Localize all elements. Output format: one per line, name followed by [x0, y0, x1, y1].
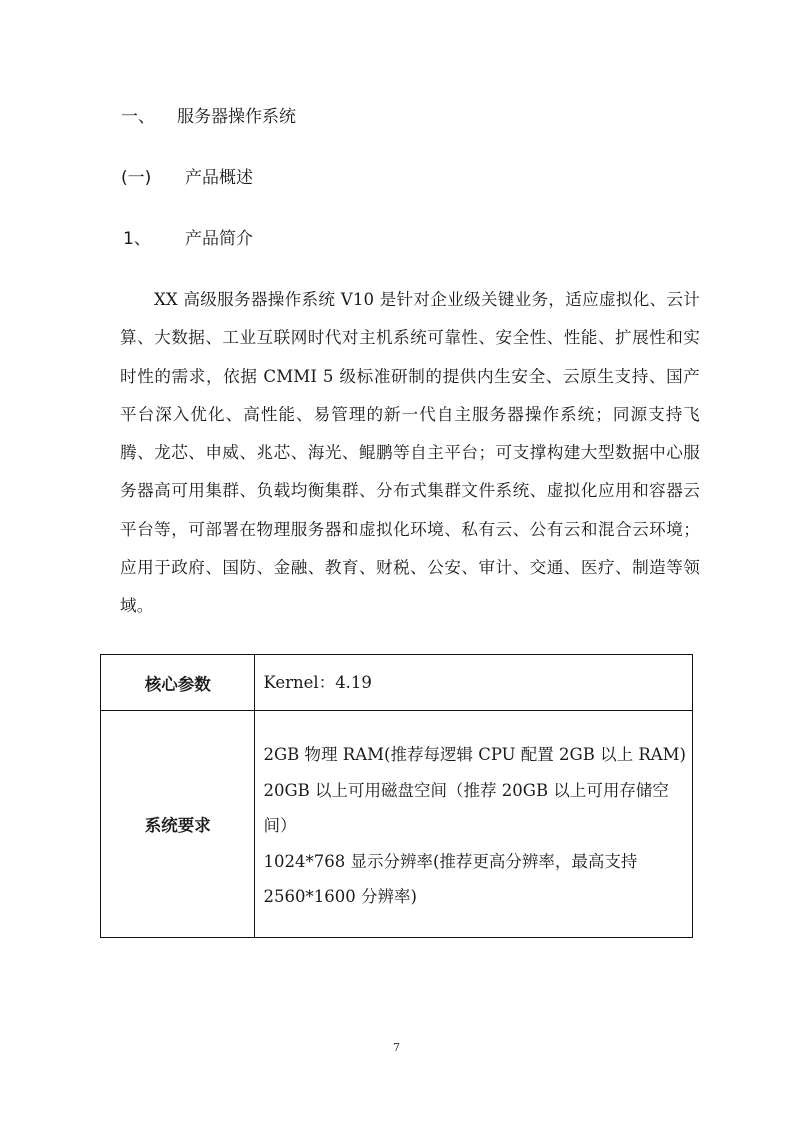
row-value: 2GB 物理 RAM(推荐每逻辑 CPU 配置 2GB 以上 RAM) 20GB…: [255, 711, 693, 938]
value-line: 2GB 物理 RAM(推荐每逻辑 CPU 配置 2GB 以上 RAM): [263, 737, 686, 773]
heading-title: 产品简介: [185, 229, 253, 249]
row-value: Kernel：4.19: [255, 655, 693, 711]
heading-level-3: 1、产品简介: [123, 229, 253, 249]
value-line: 1024*768 显示分辨率(推荐更高分辨率，最高支持 2560*1600 分辨…: [263, 844, 686, 915]
heading-title: 产品概述: [185, 168, 253, 188]
heading-number: (一): [121, 168, 185, 188]
heading-level-1: 一、服务器操作系统: [121, 107, 296, 127]
heading-number: 一、: [121, 107, 177, 127]
intro-paragraph: XX 高级服务器操作系统 V10 是针对企业级关键业务，适应虚拟化、云计算、大数…: [120, 281, 700, 626]
spec-table: 核心参数 Kernel：4.19 系统要求 2GB 物理 RAM(推荐每逻辑 C…: [100, 654, 693, 938]
value-line: Kernel：4.19: [263, 665, 686, 701]
heading-title: 服务器操作系统: [177, 107, 296, 127]
heading-level-2: (一)产品概述: [121, 168, 253, 188]
row-label: 系统要求: [101, 711, 255, 938]
value-line: 20GB 以上可用磁盘空间（推荐 20GB 以上可用存储空间）: [263, 773, 686, 844]
table-row: 核心参数 Kernel：4.19: [101, 655, 693, 711]
table-row: 系统要求 2GB 物理 RAM(推荐每逻辑 CPU 配置 2GB 以上 RAM)…: [101, 711, 693, 938]
page-number: 7: [0, 1041, 793, 1054]
heading-number: 1、: [123, 229, 185, 249]
row-label: 核心参数: [101, 655, 255, 711]
